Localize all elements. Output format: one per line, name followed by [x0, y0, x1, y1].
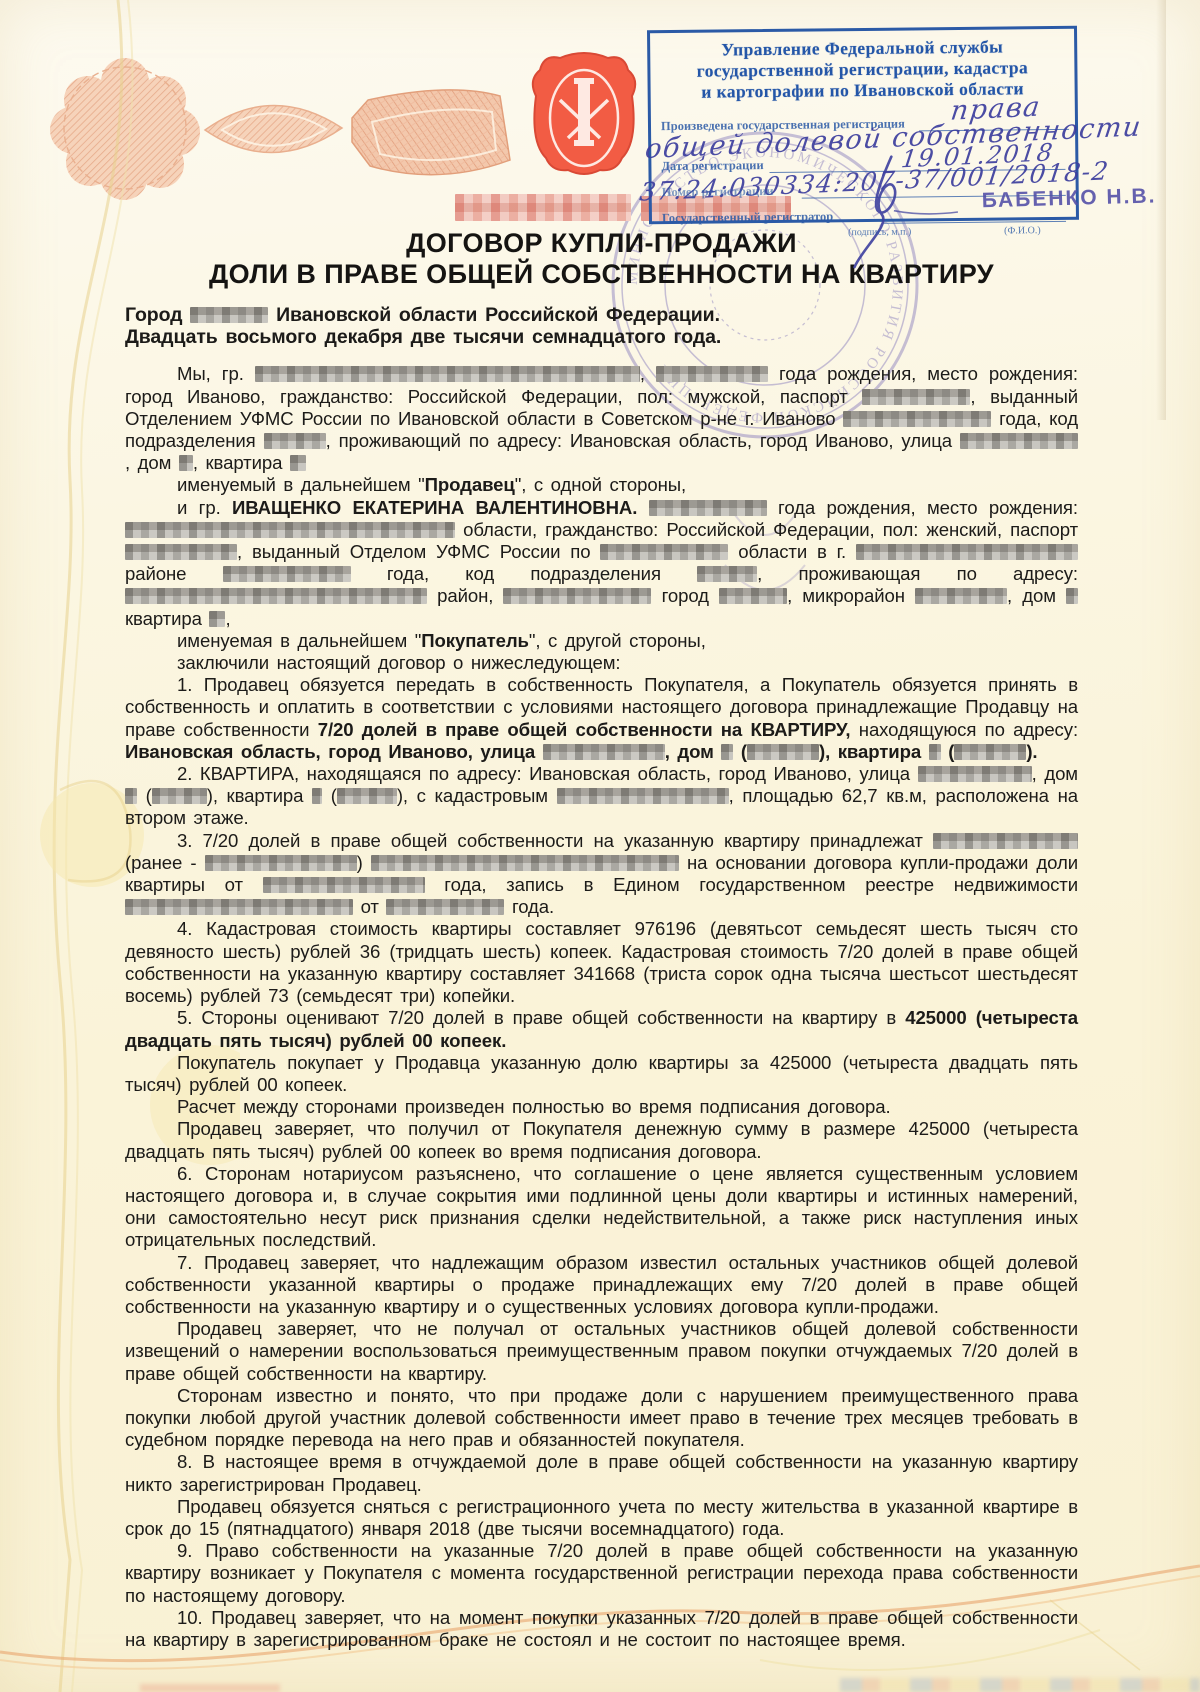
registration-stamp: Управление Федеральной службы государств…: [647, 26, 1079, 224]
text-segment: 8. В настоящее время в отчуждаемой доле …: [125, 1451, 1078, 1494]
redaction-block: [152, 788, 207, 804]
redaction-block: [255, 366, 640, 382]
paragraph: Сторонам известно и понято, что при прод…: [125, 1385, 1078, 1452]
redaction-block: [649, 500, 767, 516]
contract-body: Город Ивановской области Российской Феде…: [125, 304, 1078, 1651]
redaction-block: [843, 411, 991, 427]
redaction-block: [223, 566, 351, 582]
text-segment-bold: (: [733, 741, 747, 762]
text-segment: районе: [125, 563, 223, 584]
text-segment: ): [357, 852, 371, 873]
redaction-block: [543, 744, 665, 760]
text-segment: (ранее -: [125, 852, 205, 873]
paragraph: Продавец заверяет, что получил от Покупа…: [125, 1118, 1078, 1162]
text-segment: от: [353, 896, 386, 917]
text-segment: года рождения, место рождения:: [767, 497, 1078, 518]
paragraph: 2. КВАРТИРА, находящаяся по адресу: Иван…: [125, 763, 1078, 830]
paragraph: Покупатель покупает у Продавца указанную…: [125, 1052, 1078, 1096]
stamp-field-number-label: Номер регистрации: [662, 184, 774, 200]
text-segment: 5. Стороны оценивают 7/20 долей в праве …: [177, 1007, 905, 1028]
text-segment: и гр.: [177, 497, 232, 518]
text-segment: области, гражданство: Российской Федерац…: [455, 519, 1078, 540]
text-segment: Покупатель покупает у Продавца указанную…: [125, 1052, 1078, 1095]
paragraph: заключили настоящий договор о нижеследую…: [125, 652, 1078, 674]
text-segment: ), с кадастровым: [397, 785, 557, 806]
text-segment: , микрорайон: [787, 585, 915, 606]
registrar-signature: [841, 148, 972, 269]
redaction-block: [719, 588, 787, 604]
redaction-block: [721, 744, 733, 760]
text-segment: , проживающая по адресу:: [757, 563, 1078, 584]
paper-edge-shadow: [1156, 0, 1166, 420]
redaction-block: [312, 788, 322, 804]
text-segment: Ивановской области Российской Федерации.: [268, 304, 720, 326]
redaction-block: [205, 855, 357, 871]
redaction-block: [697, 566, 757, 582]
text-segment: 6. Сторонам нотариусом разъяснено, что с…: [125, 1163, 1078, 1251]
text-segment: , дом: [125, 452, 179, 473]
scanned-contract-page: МИНИСТЕРСТВО ЭКОНОМИЧЕСКОГО РАЗВИТИЯ РОС…: [0, 0, 1200, 1692]
redaction-block: [656, 366, 768, 382]
text-segment: Мы, гр.: [177, 363, 255, 384]
paragraph: 7. Продавец заверяет, что надлежащим обр…: [125, 1252, 1078, 1319]
paragraph: Двадцать восьмого декабря две тысячи сем…: [125, 326, 1078, 348]
text-segment-bold: Ивановская область, город Иваново, улица: [125, 741, 543, 762]
redaction-block: [125, 544, 237, 560]
redaction-block: [125, 588, 427, 604]
redaction-block: [862, 389, 970, 405]
redaction-block: [125, 522, 455, 538]
redaction-block: [856, 544, 1078, 560]
text-segment: город: [651, 585, 719, 606]
text-segment: 9. Право собственности на указанные 7/20…: [125, 1540, 1078, 1605]
redaction-block: [954, 744, 1026, 760]
text-segment: Сторонам известно и понято, что при прод…: [125, 1385, 1078, 1450]
text-segment: Город: [125, 304, 190, 326]
text-segment: 4. Кадастровая стоимость квартиры состав…: [125, 918, 1078, 1006]
header-redaction-block: [455, 194, 631, 221]
text-segment: ), квартира: [207, 785, 312, 806]
fio-note: (Ф.И.О.): [1004, 225, 1041, 236]
redaction-block: [209, 611, 225, 627]
text-segment: Расчет между сторонами произведен полнос…: [177, 1096, 891, 1117]
text-segment-bold: ИВАЩЕНКО ЕКАТЕРИНА ВАЛЕНТИНОВНА.: [232, 497, 637, 518]
text-segment: года, запись в Едином государственном ре…: [425, 874, 1078, 895]
text-segment: (: [322, 785, 337, 806]
text-segment: ", с одной стороны,: [515, 474, 686, 495]
paragraph: Город Ивановской области Российской Феде…: [125, 304, 1078, 326]
text-segment-bold: 7/20 долей в праве общей собственности н…: [318, 719, 851, 740]
redaction-block: [600, 544, 728, 560]
text-segment-bold: Покупатель: [421, 630, 529, 651]
redaction-block: [190, 307, 268, 323]
paragraph: именуемая в дальнейшем "Покупатель", с д…: [125, 630, 1078, 652]
text-segment: года, код подразделения: [351, 563, 698, 584]
paragraph: 8. В настоящее время в отчуждаемой доле …: [125, 1451, 1078, 1495]
paragraph: Расчет между сторонами произведен полнос…: [125, 1096, 1078, 1118]
paragraph: 3. 7/20 долей в праве общей собственност…: [125, 830, 1078, 919]
paragraph: Продавец обязуется сняться с регистрацио…: [125, 1496, 1078, 1540]
redaction-block: [371, 855, 679, 871]
redaction-block: [337, 788, 397, 804]
text-segment: заключили настоящий договор о нижеследую…: [177, 652, 620, 673]
text-segment: район,: [427, 585, 503, 606]
text-segment: , квартира: [193, 452, 290, 473]
bottom-scan-artifact-left: [140, 1684, 280, 1692]
text-segment: Продавец заверяет, что получил от Покупа…: [125, 1118, 1078, 1161]
text-segment: года.: [504, 896, 554, 917]
text-segment: , дом: [1007, 585, 1066, 606]
paragraph: именуемый в дальнейшем "Продавец", с одн…: [125, 474, 1078, 496]
paragraph: 5. Стороны оценивают 7/20 долей в праве …: [125, 1007, 1078, 1051]
text-segment-bold: Продавец: [425, 474, 515, 495]
paragraph: Продавец заверяет, что не получал от ост…: [125, 1318, 1078, 1385]
text-segment: 2. КВАРТИРА, находящаяся по адресу: Иван…: [177, 763, 918, 784]
redaction-block: [125, 899, 353, 915]
paragraph: и гр. ИВАЩЕНКО ЕКАТЕРИНА ВАЛЕНТИНОВНА. г…: [125, 497, 1078, 630]
text-segment: ", с другой стороны,: [529, 630, 706, 651]
text-segment: области в г.: [728, 541, 856, 562]
redaction-block: [125, 788, 137, 804]
text-segment: Продавец обязуется сняться с регистрацио…: [125, 1496, 1078, 1539]
text-segment: [637, 497, 648, 518]
text-segment: , выданный Отделом УФМС России по: [237, 541, 600, 562]
text-segment: Двадцать восьмого декабря две тысячи сем…: [125, 326, 721, 348]
text-segment: находящуюся по адресу:: [851, 719, 1079, 740]
redaction-block: [918, 766, 1032, 782]
stamp-field-registrar-label: Государственный регистратор: [662, 209, 833, 226]
text-segment-bold: (: [941, 741, 955, 762]
text-segment: ,: [640, 363, 656, 384]
bottom-scan-artifact: [840, 1678, 1200, 1692]
redaction-block: [1066, 588, 1078, 604]
text-segment: ,: [225, 608, 230, 629]
text-segment-bold: ), квартира: [819, 741, 929, 762]
redaction-block: [290, 455, 306, 471]
paragraph: 1. Продавец обязуется передать в собстве…: [125, 674, 1078, 763]
paragraph: Мы, гр. , года рождения, место рождения:…: [125, 363, 1078, 474]
signature-note: (подпись, м.п.): [848, 227, 911, 239]
text-segment: Продавец заверяет, что не получал от ост…: [125, 1318, 1078, 1383]
redaction-block: [503, 588, 651, 604]
text-segment: 10. Продавец заверяет, что на момент пок…: [125, 1607, 1078, 1650]
text-segment: именуемая в дальнейшем ": [177, 630, 421, 651]
redaction-block: [929, 744, 941, 760]
redaction-block: [386, 899, 504, 915]
text-segment: квартира: [125, 608, 209, 629]
paragraph: 4. Кадастровая стоимость квартиры состав…: [125, 918, 1078, 1007]
redaction-block: [179, 455, 193, 471]
text-segment: , дом: [1032, 763, 1078, 784]
paragraph: 9. Право собственности на указанные 7/20…: [125, 1540, 1078, 1607]
text-segment: 7. Продавец заверяет, что надлежащим обр…: [125, 1252, 1078, 1317]
redaction-block: [263, 877, 425, 893]
redaction-block: [747, 744, 819, 760]
redaction-block: [557, 788, 729, 804]
paragraph: 6. Сторонам нотариусом разъяснено, что с…: [125, 1163, 1078, 1252]
registrar-name-stamp: БАБЕНКО Н.В.: [981, 184, 1156, 213]
text-segment: (: [137, 785, 152, 806]
paragraph: 10. Продавец заверяет, что на момент пок…: [125, 1607, 1078, 1651]
text-segment: 3. 7/20 долей в праве общей собственност…: [177, 830, 933, 851]
redaction-block: [264, 433, 326, 449]
text-segment: , проживающий по адресу: Ивановская обла…: [326, 430, 960, 451]
text-segment-bold: ).: [1026, 741, 1037, 762]
text-segment-bold: , дом: [665, 741, 722, 762]
redaction-block: [960, 433, 1078, 449]
text-segment: именуемый в дальнейшем ": [177, 474, 425, 495]
redaction-block: [933, 833, 1078, 849]
redaction-block: [915, 588, 1007, 604]
